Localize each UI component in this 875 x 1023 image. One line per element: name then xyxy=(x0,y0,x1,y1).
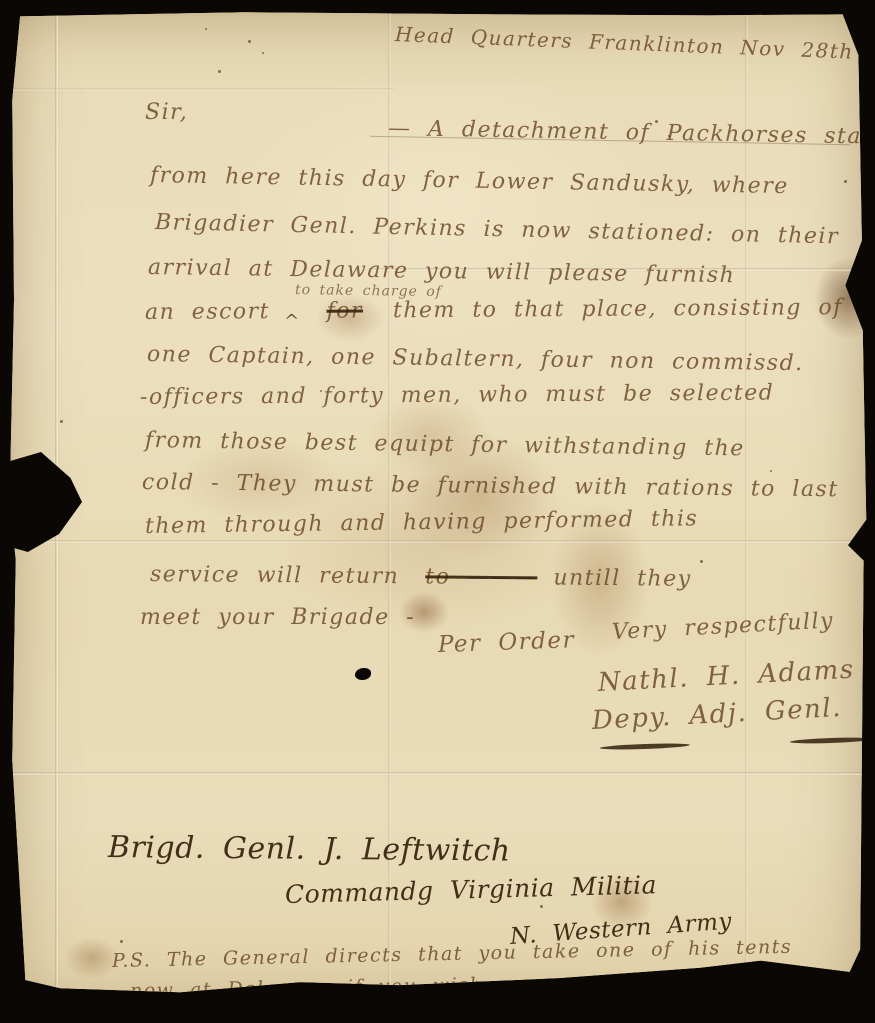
postscript-line: now at Delaware if you wish xyxy=(130,974,484,1002)
speck xyxy=(248,40,251,43)
ink-blot-hole xyxy=(355,668,371,680)
body-line: one Captain, one Subaltern, four non com… xyxy=(147,342,804,376)
letter-paper: Head Quarters Franklinton Nov 28th 1812 … xyxy=(0,0,875,1023)
address-command: Commandg Virginia Militia xyxy=(285,870,658,909)
fold-crease-horizontal-lower xyxy=(0,772,875,776)
return-struck-words: to ——— xyxy=(425,564,537,590)
speck xyxy=(262,52,264,54)
escort-post: them to that place, consisting of xyxy=(393,295,843,323)
valediction: Very respectfully xyxy=(611,608,834,645)
postscript-line: P.S. The General directs that you take o… xyxy=(112,936,793,972)
body-line-opening: — A detachment of Packhorses starts xyxy=(388,116,875,150)
speck xyxy=(205,28,207,30)
speck xyxy=(770,470,772,472)
body-line: -officers and forty men, who must be sel… xyxy=(140,381,774,410)
signer-title: Depy. Adj. Genl. xyxy=(591,693,842,736)
speck xyxy=(700,560,703,563)
per-order: Per Order xyxy=(438,627,576,658)
fold-crease-horizontal-top xyxy=(0,88,394,92)
body-line: cold - They must be furnished with ratio… xyxy=(142,470,839,502)
escort-struck-word: for xyxy=(326,298,363,323)
speck xyxy=(120,940,123,943)
speck xyxy=(844,180,847,183)
speck xyxy=(655,120,658,123)
return-pre: service will return xyxy=(150,562,400,589)
escort-pre: an escort xyxy=(145,299,270,325)
body-line: from those best equipt for withstanding … xyxy=(145,428,745,461)
signature-flourish xyxy=(600,742,690,750)
scanned-letter: Head Quarters Franklinton Nov 28th 1812 … xyxy=(0,0,875,1023)
signature: Nathl. H. Adams xyxy=(597,655,855,698)
speck xyxy=(320,390,322,392)
body-line-return: service will returnto ———untill they xyxy=(150,562,692,592)
body-line-closing: meet your Brigade - xyxy=(140,605,415,630)
body-line-escort: an escort^forthem to that place, consist… xyxy=(145,295,843,333)
fold-crease-vertical-right xyxy=(745,0,749,1023)
body-line: from here this day for Lower Sandusky, w… xyxy=(150,163,789,199)
speck xyxy=(60,420,63,423)
fold-crease-horizontal-middle xyxy=(0,540,875,544)
salutation: Sir, xyxy=(145,100,188,125)
body-line: Brigadier Genl. Perkins is now stationed… xyxy=(155,210,839,249)
speck xyxy=(668,135,670,137)
address-recipient: Brigd. Genl. J. Leftwitch xyxy=(108,830,511,869)
speck xyxy=(540,905,543,908)
dateline: Head Quarters Franklinton Nov 28th 1812 xyxy=(395,22,875,66)
insertion-caret: ^ xyxy=(284,311,301,332)
return-post: untill they xyxy=(553,566,691,592)
body-line: them through and having performed this xyxy=(145,506,699,539)
signature-flourish xyxy=(790,737,872,745)
speck xyxy=(218,70,221,73)
